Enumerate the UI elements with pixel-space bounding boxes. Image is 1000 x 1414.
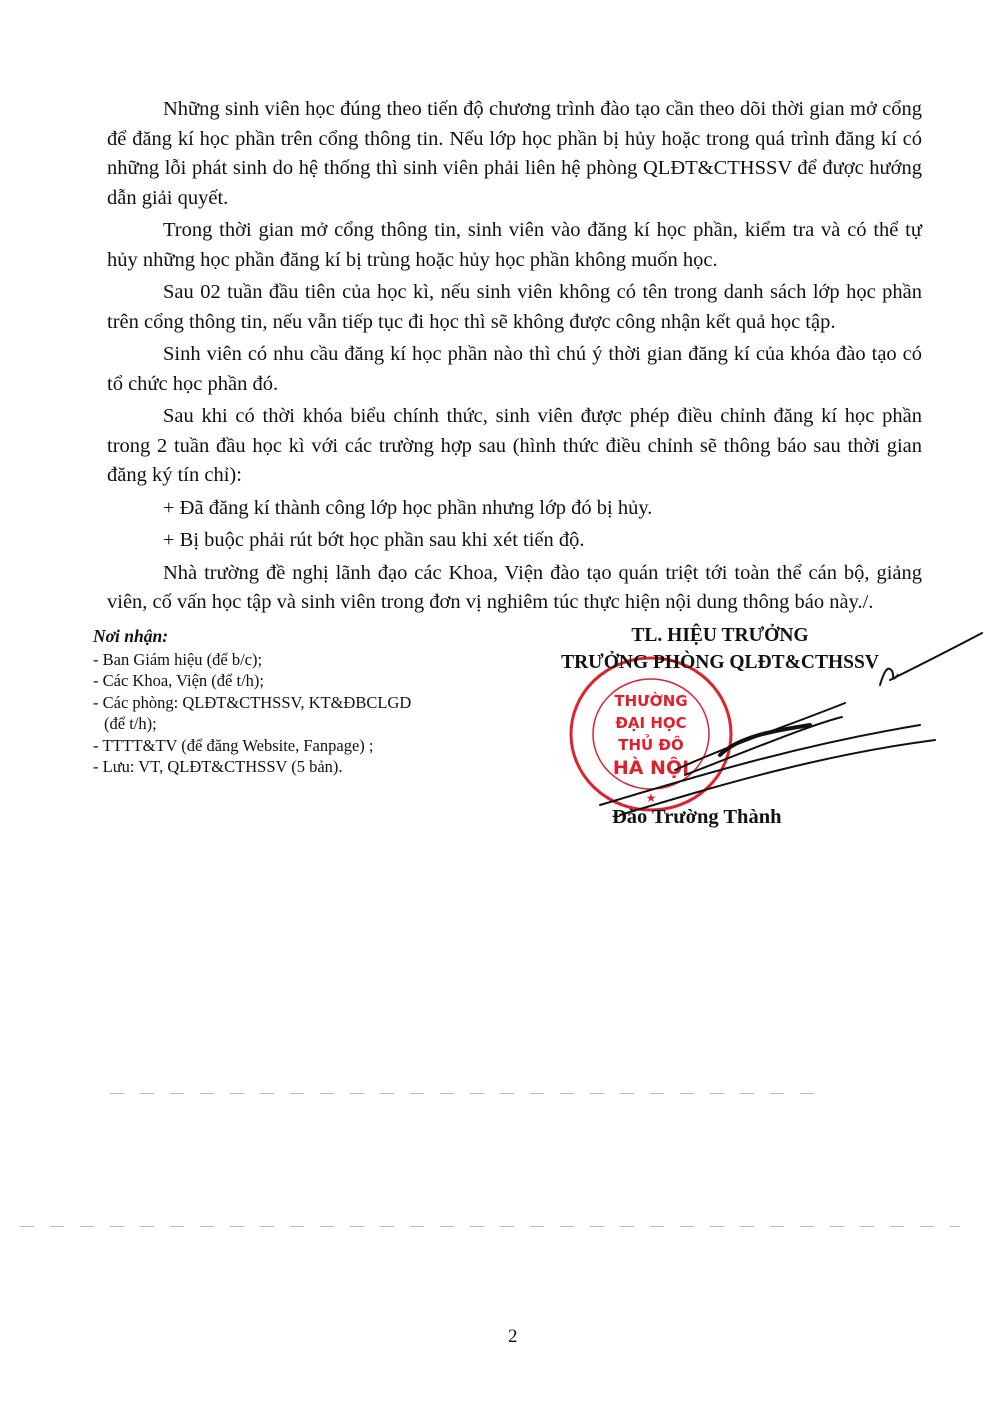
recipient-item: - Các phòng: QLĐT&CTHSSV, KT&ĐBCLGD (để … [93, 692, 413, 735]
paragraph: Sau 02 tuần đầu tiên của học kì, nếu sin… [107, 278, 922, 337]
recipient-item: - TTTT&TV (để đăng Website, Fanpage) ; [93, 735, 413, 757]
signer-name: Đào Trường Thành [612, 806, 782, 829]
recipient-item: - Lưu: VT, QLĐT&CTHSSV (5 bản). [93, 756, 413, 778]
scan-artifact-line [110, 1093, 830, 1094]
recipient-item: - Ban Giám hiệu (để b/c); [93, 649, 413, 671]
recipients-block: Nơi nhận: - Ban Giám hiệu (để b/c); - Cá… [93, 626, 413, 778]
scan-artifact-line [20, 1226, 960, 1227]
recipients-title: Nơi nhận: [93, 626, 413, 648]
paragraph: Nhà trường đề nghị lãnh đạo các Khoa, Vi… [107, 559, 922, 618]
paragraph: Những sinh viên học đúng theo tiến độ ch… [107, 95, 922, 213]
bullet-item: + Bị buộc phải rút bớt học phần sau khi … [107, 526, 922, 556]
paragraph: Sinh viên có nhu cầu đăng kí học phần nà… [107, 340, 922, 399]
body-text: Những sinh viên học đúng theo tiến độ ch… [107, 95, 922, 621]
paragraph: Sau khi có thời khóa biểu chính thức, si… [107, 402, 922, 491]
bullet-item: + Đã đăng kí thành công lớp học phần như… [107, 494, 922, 524]
paragraph: Trong thời gian mở cổng thông tin, sinh … [107, 216, 922, 275]
recipient-item: - Các Khoa, Viện (để t/h); [93, 670, 413, 692]
document-page: Những sinh viên học đúng theo tiến độ ch… [0, 0, 1000, 1414]
page-number: 2 [508, 1326, 518, 1348]
